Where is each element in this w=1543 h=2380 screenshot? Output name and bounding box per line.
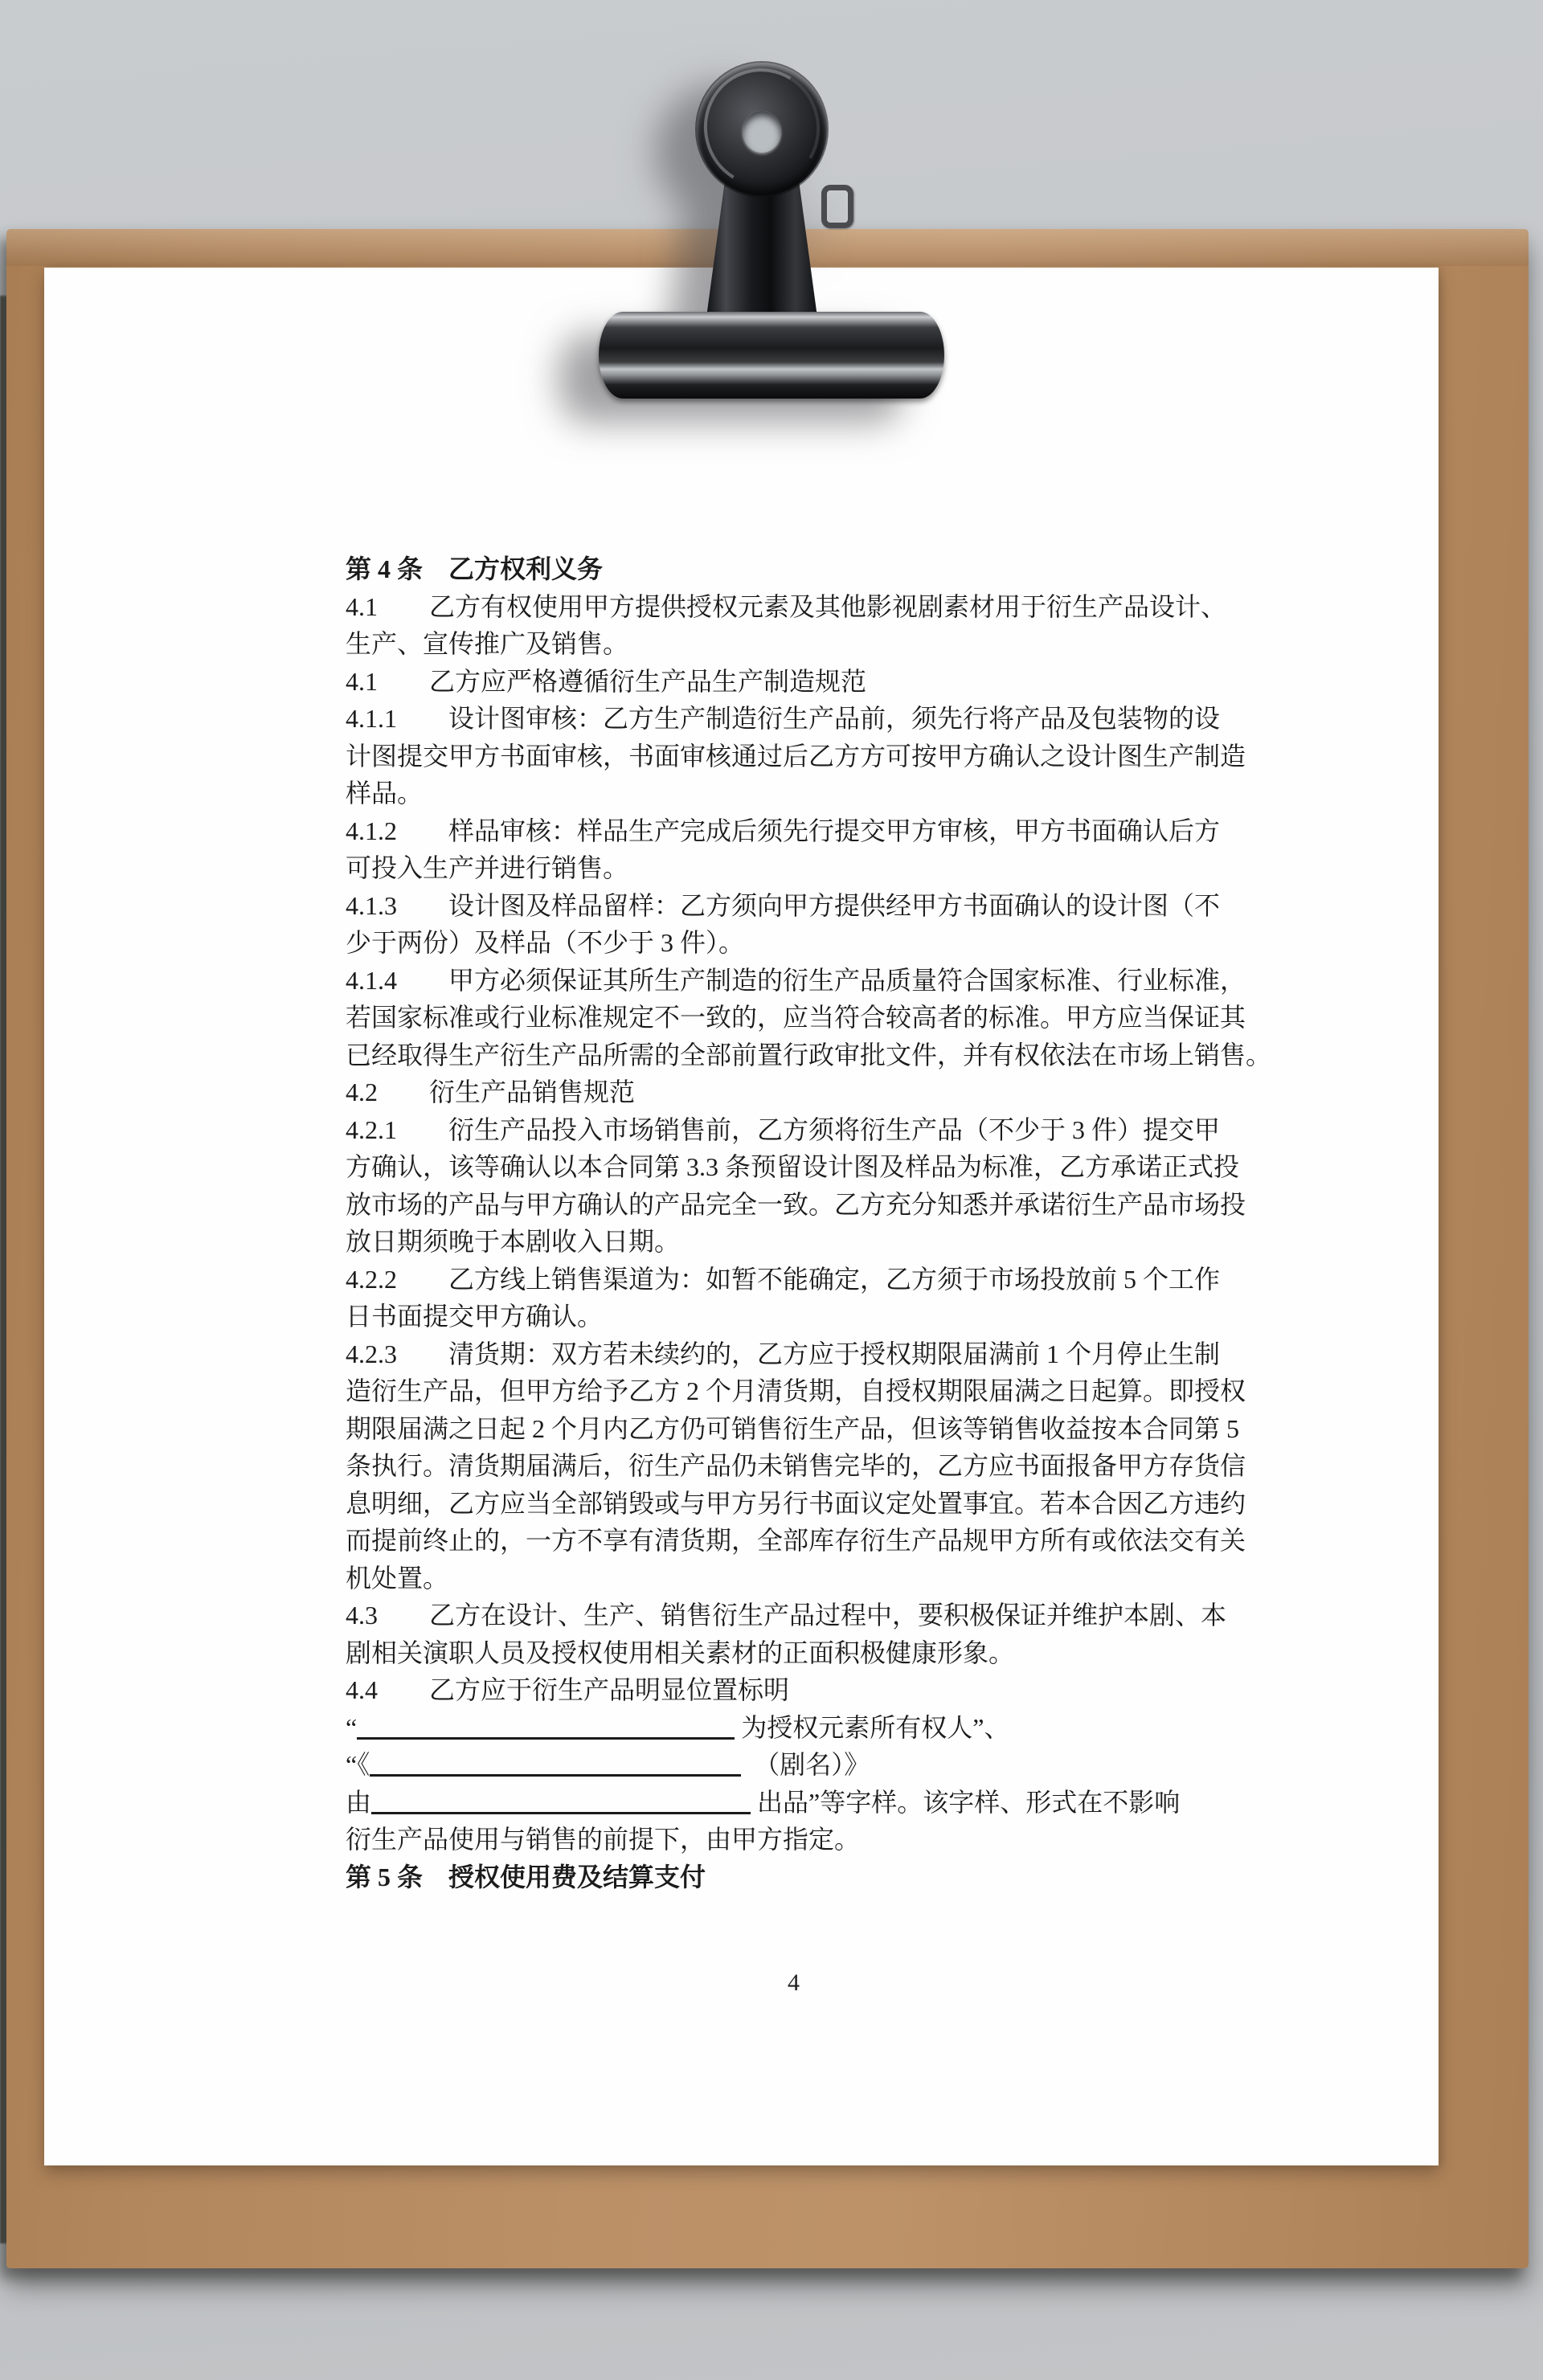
text-line: 已经取得生产衍生产品所需的全部前置行政审批文件，并有权依法在市场上销售。	[346, 1037, 1242, 1074]
blank-underline	[357, 1732, 735, 1740]
text-line: 机处置。	[346, 1560, 1242, 1597]
clip-coil-hole	[743, 111, 781, 153]
text-line: 造衍生产品，但甲方给予乙方 2 个月清货期，自授权期限届满之日起算。即授权	[346, 1372, 1242, 1410]
text-run: 由	[346, 1788, 371, 1817]
text-line: 4.1 乙方有权使用甲方提供授权元素及其他影视剧素材用于衍生产品设计、	[346, 588, 1242, 626]
text-line: 息明细，乙方应当全部销毁或与甲方另行书面议定处置事宜。若本合因乙方违约	[346, 1485, 1242, 1523]
text-run: 息明细，乙方应当全部销毁或与甲方另行书面议定处置事宜。若本合因乙方违约	[346, 1489, 1246, 1518]
clip-neck	[706, 182, 818, 323]
text-run: 第 5 条 授权使用费及结算支付	[346, 1863, 706, 1891]
text-line: 4.2.2 乙方线上销售渠道为：如暂不能确定，乙方须于市场投放前 5 个工作	[346, 1261, 1242, 1298]
text-run: 方确认，该等确认以本合同第 3.3 条预留设计图及样品为标准，乙方承诺正式投	[346, 1152, 1239, 1181]
text-line: 可投入生产并进行销售。	[346, 849, 1242, 887]
text-run: 放市场的产品与甲方确认的产品完全一致。乙方充分知悉并承诺衍生产品市场投	[346, 1190, 1246, 1219]
text-line: “ 为授权元素所有权人”、	[346, 1709, 1242, 1747]
text-run: 4.4 乙方应于衍生产品明显位置标明	[346, 1675, 789, 1704]
text-run: 已经取得生产衍生产品所需的全部前置行政审批文件，并有权依法在市场上销售。	[346, 1041, 1271, 1069]
text-line: 4.1.1 设计图审核：乙方生产制造衍生产品前，须先行将产品及包装物的设	[346, 700, 1242, 738]
text-line: 放市场的产品与甲方确认的产品完全一致。乙方充分知悉并承诺衍生产品市场投	[346, 1186, 1242, 1224]
text-run: 4.1.1 设计图审核：乙方生产制造衍生产品前，须先行将产品及包装物的设	[346, 704, 1220, 733]
text-line: 由 出品”等字样。该字样、形式在不影响	[346, 1784, 1242, 1822]
binder-clip	[0, 0, 1543, 434]
page-content: 第 4 条 乙方权利义务4.1 乙方有权使用甲方提供授权元素及其他影视剧素材用于…	[346, 550, 1242, 1895]
text-line: 方确认，该等确认以本合同第 3.3 条预留设计图及样品为标准，乙方承诺正式投	[346, 1148, 1242, 1186]
text-run: 4.1.2 样品审核：样品生产完成后须先行提交甲方审核，甲方书面确认后方	[346, 816, 1220, 845]
text-run: 4.2.3 清货期：双方若未续约的，乙方应于授权期限届满前 1 个月停止生制	[346, 1339, 1220, 1368]
text-run: 出品”等字样。该字样、形式在不影响	[751, 1788, 1180, 1817]
text-line: 4.1.4 甲方必须保证其所生产制造的衍生产品质量符合国家标准、行业标准，	[346, 962, 1242, 1000]
text-run: 4.2.1 衍生产品投入市场销售前，乙方须将衍生产品（不少于 3 件）提交甲	[346, 1115, 1220, 1144]
text-line: 4.2 衍生产品销售规范	[346, 1073, 1242, 1111]
text-line: 衍生产品使用与销售的前提下，由甲方指定。	[346, 1821, 1242, 1859]
text-line: 日书面提交甲方确认。	[346, 1298, 1242, 1335]
text-run: 剧相关演职人员及授权使用相关素材的正面积极健康形象。	[346, 1638, 1014, 1667]
blank-underline	[370, 1769, 741, 1777]
blank-underline	[371, 1807, 751, 1814]
page-number: 4	[346, 1969, 1242, 1997]
text-run: 造衍生产品，但甲方给予乙方 2 个月清货期，自授权期限届满之日起算。即授权	[346, 1376, 1246, 1405]
heading-line: 第 4 条 乙方权利义务	[346, 550, 1242, 588]
text-line: 4.1.3 设计图及样品留样：乙方须向甲方提供经甲方书面确认的设计图（不	[346, 887, 1242, 925]
text-run: 为授权元素所有权人”、	[735, 1713, 1009, 1742]
text-line: 4.2.1 衍生产品投入市场销售前，乙方须将衍生产品（不少于 3 件）提交甲	[346, 1111, 1242, 1149]
clip-spring-coil	[697, 63, 827, 196]
text-run: “《	[346, 1750, 370, 1779]
text-run: （剧名）》	[741, 1750, 870, 1779]
text-run: 4.2.2 乙方线上销售渠道为：如暂不能确定，乙方须于市场投放前 5 个工作	[346, 1265, 1220, 1294]
text-line: “《 （剧名）》	[346, 1746, 1242, 1784]
text-run: 机处置。	[346, 1564, 448, 1593]
text-line: 少于两份）及样品（不少于 3 件）。	[346, 924, 1242, 962]
text-run: 生产、宣传推广及销售。	[346, 629, 628, 658]
text-line: 放日期须晚于本剧收入日期。	[346, 1223, 1242, 1261]
text-run: 放日期须晚于本剧收入日期。	[346, 1227, 680, 1256]
text-line: 4.2.3 清货期：双方若未续约的，乙方应于授权期限届满前 1 个月停止生制	[346, 1335, 1242, 1373]
text-line: 4.1 乙方应严格遵循衍生产品生产制造规范	[346, 663, 1242, 701]
text-run: 条执行。清货期届满后，衍生产品仍未销售完毕的，乙方应书面报备甲方存货信	[346, 1451, 1246, 1480]
text-line: 条执行。清货期届满后，衍生产品仍未销售完毕的，乙方应书面报备甲方存货信	[346, 1447, 1242, 1485]
text-run: 4.2 衍生产品销售规范	[346, 1078, 635, 1106]
text-run: 若国家标准或行业标准规定不一致的，应当符合较高者的标准。甲方应当保证其	[346, 1003, 1246, 1032]
heading-line: 第 5 条 授权使用费及结算支付	[346, 1859, 1242, 1896]
clip-lever-loop	[821, 185, 853, 228]
text-line: 样品。	[346, 775, 1242, 812]
text-run: 而提前终止的，一方不享有清货期，全部库存衍生产品规甲方所有或依法交有关	[346, 1526, 1246, 1555]
text-line: 而提前终止的，一方不享有清货期，全部库存衍生产品规甲方所有或依法交有关	[346, 1522, 1242, 1560]
text-run: 4.3 乙方在设计、生产、销售衍生产品过程中，要积极保证并维护本剧、本	[346, 1601, 1226, 1630]
text-run: 可投入生产并进行销售。	[346, 853, 628, 882]
text-line: 期限届满之日起 2 个月内乙方仍可销售衍生产品，但该等销售收益按本合同第 5	[346, 1410, 1242, 1448]
text-line: 4.3 乙方在设计、生产、销售衍生产品过程中，要积极保证并维护本剧、本	[346, 1597, 1242, 1634]
text-run: 计图提交甲方书面审核，书面审核通过后乙方方可按甲方确认之设计图生产制造	[346, 742, 1246, 771]
text-line: 生产、宣传推广及销售。	[346, 625, 1242, 663]
document-page: 第 4 条 乙方权利义务4.1 乙方有权使用甲方提供授权元素及其他影视剧素材用于…	[44, 268, 1439, 2165]
clip-jaw-bar	[599, 312, 944, 399]
text-run: 第 4 条 乙方权利义务	[346, 554, 603, 583]
text-run: 日书面提交甲方确认。	[346, 1302, 603, 1331]
text-line: 4.4 乙方应于衍生产品明显位置标明	[346, 1671, 1242, 1709]
text-run: 期限届满之日起 2 个月内乙方仍可销售衍生产品，但该等销售收益按本合同第 5	[346, 1414, 1239, 1443]
text-line: 若国家标准或行业标准规定不一致的，应当符合较高者的标准。甲方应当保证其	[346, 999, 1242, 1037]
text-run: 少于两份）及样品（不少于 3 件）。	[346, 928, 744, 957]
text-run: 4.1 乙方应严格遵循衍生产品生产制造规范	[346, 667, 866, 696]
text-line: 4.1.2 样品审核：样品生产完成后须先行提交甲方审核，甲方书面确认后方	[346, 812, 1242, 850]
text-line: 计图提交甲方书面审核，书面审核通过后乙方方可按甲方确认之设计图生产制造	[346, 738, 1242, 775]
text-run: 4.1.3 设计图及样品留样：乙方须向甲方提供经甲方书面确认的设计图（不	[346, 891, 1220, 920]
text-run: “	[346, 1713, 357, 1742]
text-run: 4.1 乙方有权使用甲方提供授权元素及其他影视剧素材用于衍生产品设计、	[346, 592, 1226, 621]
text-run: 衍生产品使用与销售的前提下，由甲方指定。	[346, 1825, 860, 1854]
text-run: 样品。	[346, 779, 423, 808]
text-run: 4.1.4 甲方必须保证其所生产制造的衍生产品质量符合国家标准、行业标准，	[346, 966, 1246, 995]
text-line: 剧相关演职人员及授权使用相关素材的正面积极健康形象。	[346, 1634, 1242, 1672]
